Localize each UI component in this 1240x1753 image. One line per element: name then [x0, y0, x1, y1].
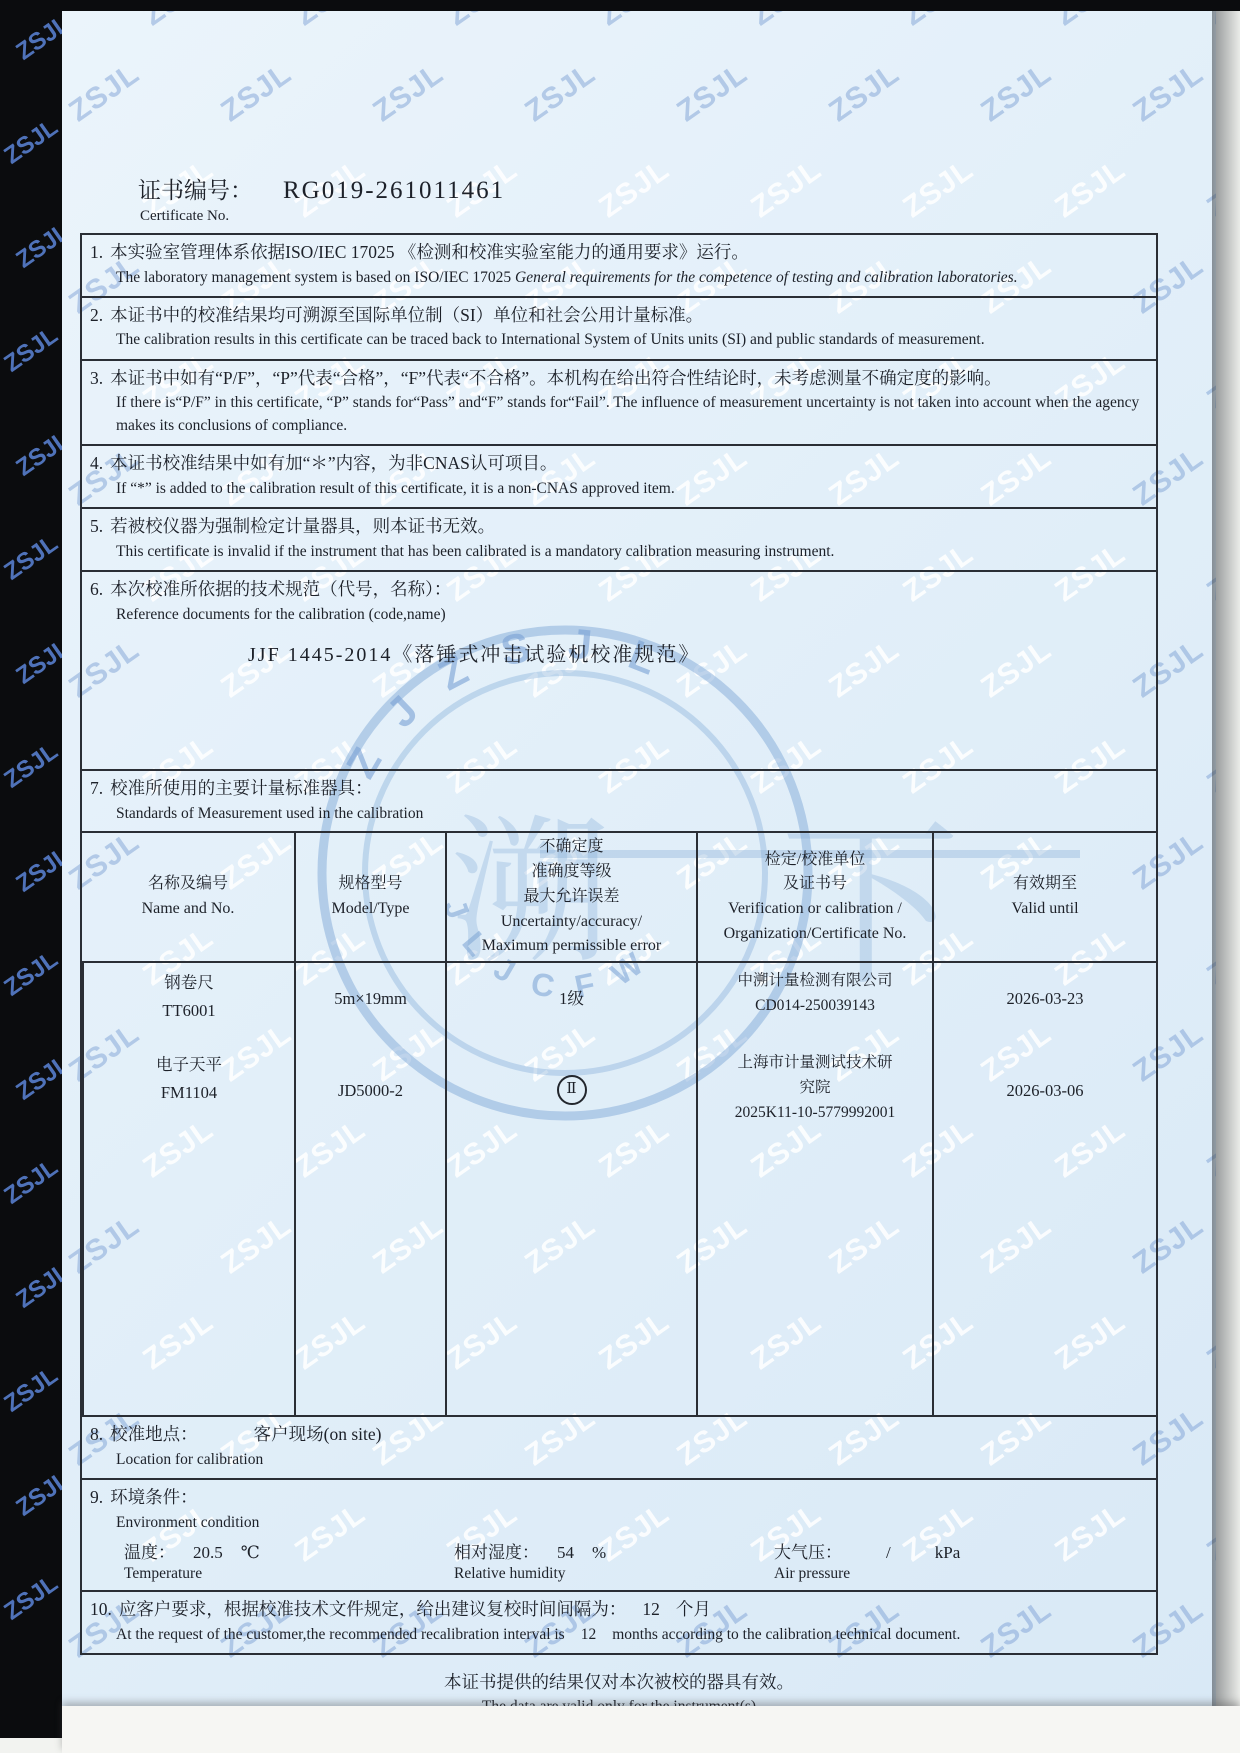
section-title-en: Standards of Measurement used in the cal… [116, 803, 1146, 825]
watermark-tile: ZSJL [0, 946, 62, 1003]
pressure-label-en: Air pressure [774, 1565, 1146, 1583]
column-header-organization: 检定/校准单位 及证书号 Verification or calibration… [696, 833, 932, 963]
header-line: 规格型号 [338, 872, 402, 897]
pressure-group: 大气压：/kPa Air pressure [774, 1538, 1146, 1583]
reference-document: JJF 1445-2014《落锤式冲击试验机校准规范》 [248, 638, 1146, 667]
header-line: Valid until [1011, 897, 1078, 922]
location-value: 客户现场(on site) [254, 1424, 382, 1444]
valid-date: 2026-03-23 [934, 969, 1156, 1013]
certificate-no-label-zh: 证书编号： [138, 178, 253, 203]
cell-valid-until: 2026-03-23 2026-03-06 [932, 963, 1156, 1415]
watermark-tile: ZSJL [11, 634, 62, 691]
grade-value: 1级 [447, 969, 696, 1013]
certificate-content: 证书编号：RG019-261011461 Certificate No. 1.本… [80, 10, 1158, 1707]
watermark-tile: ZSJL [0, 114, 62, 171]
section-title-en: Reference documents for the calibration … [116, 604, 1146, 626]
note-number: 3. [90, 368, 103, 388]
watermark-tile: ZSJL [0, 738, 62, 795]
row1-organization: 中溯计量检测有限公司 CD014-250039143 [698, 969, 932, 1019]
note-text-zh: 若被校仪器为强制检定计量器具，则本证书无效。 [110, 516, 495, 536]
humidity-value: 54 [557, 1543, 574, 1562]
scanned-certificate-page: ZSJLZSJLZSJLZSJLZSJLZSJLZSJLZSJLZSJLZSJL… [0, 0, 1240, 1753]
header-line: 及证书号 [783, 872, 847, 897]
note-number: 1. [90, 242, 103, 262]
note-text-en: The calibration results in this certific… [116, 329, 1146, 351]
header-line: 有效期至 [1013, 872, 1077, 897]
humidity-label: 相对湿度： [454, 1543, 539, 1562]
note-number: 5. [90, 516, 103, 536]
temperature-unit: ℃ [241, 1543, 260, 1562]
watermark-tile: ZSJL [11, 218, 62, 275]
humidity-unit: % [592, 1543, 606, 1562]
note-text-en: If there is“P/F” in this certificate, “P… [116, 392, 1146, 437]
temperature-group: 温度：20.5℃ Temperature [94, 1538, 454, 1583]
note-text-en: This certificate is invalid if the instr… [116, 541, 1146, 563]
paper: ZSJLZSJLZSJLZSJLZSJLZSJLZSJLZSJLZSJLZSJL… [58, 10, 1216, 1707]
note-number: 2. [90, 305, 103, 325]
cell-name: 钢卷尺 TT6001 电子天平 FM1104 [82, 963, 294, 1415]
watermark-tile: ZSJL [11, 1258, 62, 1315]
watermark-tile: ZSJL [0, 322, 62, 379]
header-line: 不确定度 [539, 835, 603, 860]
certificate-no-label-en: Certificate No. [140, 208, 1158, 225]
column-header-valid-until: 有效期至 Valid until [932, 833, 1156, 963]
section-title-zh: 本次校准所依据的技术规范（代号，名称）： [110, 579, 451, 599]
header-line: Verification or calibration / [728, 897, 902, 922]
header-line: 最大允许误差 [523, 885, 619, 910]
watermark-tile: ZSJL [11, 10, 62, 67]
note-number: 4. [90, 453, 103, 473]
certificate-ref: CD014-250039143 [698, 994, 932, 1019]
valid-date: 2026-03-06 [934, 1051, 1156, 1105]
certificate-ref: 2025K11-10-5779992001 [698, 1101, 932, 1126]
validity-note-zh: 本证书提供的结果仅对本次被校的器具有效。 [80, 1669, 1158, 1694]
section-title-zh: 校准所使用的主要计量标准器具： [110, 778, 373, 798]
validity-note: 本证书提供的结果仅对本次被校的器具有效。 The data are valid … [80, 1669, 1158, 1707]
cell-model: 5m×19mm JD5000-2 [294, 963, 445, 1415]
scan-edge-left: ZSJLZSJLZSJLZSJLZSJLZSJLZSJLZSJLZSJLZSJL… [0, 0, 62, 1738]
certificate-header: 证书编号：RG019-261011461 Certificate No. [138, 172, 1158, 225]
section-reference-documents: 6.本次校准所依据的技术规范（代号，名称）： Reference documen… [80, 570, 1158, 771]
pressure-value: / [886, 1543, 891, 1562]
section-number: 8. [90, 1424, 103, 1444]
column-header-uncertainty: 不确定度 准确度等级 最大允许误差 Uncertainty/accuracy/ … [445, 833, 696, 963]
instrument-name: 钢卷尺 [84, 969, 294, 997]
section-location: 8.校准地点：客户现场(on site) Location for calibr… [80, 1415, 1158, 1480]
watermark-tile: ZSJL [0, 1362, 62, 1419]
pressure-label: 大气压： [774, 1543, 842, 1562]
interval-unit: 个月 [676, 1599, 711, 1619]
section-text-en-post: months according to the calibration tech… [612, 1626, 960, 1643]
model-value: 5m×19mm [296, 969, 445, 1013]
model-value: JD5000-2 [296, 1051, 445, 1105]
header-line: Organization/Certificate No. [724, 922, 907, 947]
section-number: 7. [90, 778, 103, 798]
standards-table: 名称及编号 Name and No. 规格型号 Model/Type 不确定度 … [82, 831, 1156, 1415]
column-header-name: 名称及编号 Name and No. [82, 833, 294, 963]
section-number: 6. [90, 579, 103, 599]
header-line: 检定/校准单位 [765, 848, 865, 873]
header-line: Model/Type [332, 897, 410, 922]
column-header-model: 规格型号 Model/Type [294, 833, 445, 963]
scan-edge-bottom [62, 1706, 1240, 1753]
header-line: 准确度等级 [531, 860, 611, 885]
section-measurement-standards: 7.校准所使用的主要计量标准器具： Standards of Measureme… [80, 769, 1158, 1417]
pressure-unit: kPa [935, 1543, 961, 1562]
org-line: 中溯计量检测有限公司 [698, 969, 932, 994]
cell-organization: 中溯计量检测有限公司 CD014-250039143 上海市计量测试技术研 究院… [696, 963, 932, 1415]
header-line: 名称及编号 [148, 872, 228, 897]
header-line: Name and No. [142, 897, 235, 922]
watermark-tile: ZSJL [0, 1154, 62, 1211]
section-title-zh: 环境条件： [110, 1487, 198, 1507]
interval-value-en: 12 [581, 1626, 597, 1643]
note-1: 1.本实验室管理体系依据ISO/IEC 17025 《检测和校准实验室能力的通用… [80, 233, 1158, 298]
instrument-no: TT6001 [84, 997, 294, 1025]
grade-value-circled: Ⅱ [557, 1075, 587, 1105]
row1-name: 钢卷尺 TT6001 [84, 969, 294, 1025]
note-text-zh: 本实验室管理体系依据ISO/IEC 17025 《检测和校准实验室能力的通用要求… [110, 242, 749, 262]
note-4: 4.本证书校准结果中如有加“＊”内容，为非CNAS认可项目。 If “*” is… [80, 444, 1158, 509]
note-3: 3.本证书中如有“P/F”，“P”代表“合格”，“F”代表“不合格”。本机构在给… [80, 359, 1158, 446]
instrument-name: 电子天平 [84, 1051, 294, 1079]
row2-name: 电子天平 FM1104 [84, 1051, 294, 1107]
section-recalibration-interval: 10.应客户要求，根据校准技术文件规定，给出建议复校时间间隔为：12个月 At … [80, 1590, 1158, 1655]
note-text-zh: 本证书中的校准结果均可溯源至国际单位制（SI）单位和社会公用计量标准。 [110, 305, 703, 325]
cell-uncertainty: 1级 Ⅱ [445, 963, 696, 1415]
scan-edge-top [0, 0, 1240, 11]
section-title-zh: 校准地点： [110, 1424, 198, 1444]
humidity-group: 相对湿度：54% Relative humidity [454, 1538, 774, 1583]
humidity-label-en: Relative humidity [454, 1565, 774, 1583]
watermark-tile: ZSJL [11, 1050, 62, 1107]
note-text-en: If “*” is added to the calibration resul… [116, 478, 1146, 500]
watermark-tile: ZSJL [11, 1466, 62, 1523]
note-2: 2.本证书中的校准结果均可溯源至国际单位制（SI）单位和社会公用计量标准。 Th… [80, 296, 1158, 361]
note-text-zh: 本证书校准结果中如有加“＊”内容，为非CNAS认可项目。 [110, 453, 557, 473]
org-line: 究院 [698, 1076, 932, 1101]
watermark-tile: ZSJL [11, 842, 62, 899]
section-environment: 9.环境条件： Environment condition 温度：20.5℃ T… [80, 1478, 1158, 1592]
note-5: 5.若被校仪器为强制检定计量器具，则本证书无效。 This certificat… [80, 507, 1158, 572]
temperature-label: 温度： [124, 1543, 175, 1562]
org-line: 上海市计量测试技术研 [698, 1051, 932, 1076]
watermark-tile: ZSJL [0, 530, 62, 587]
section-title-en: Environment condition [116, 1512, 1146, 1534]
section-number: 10. [90, 1599, 112, 1619]
temperature-value: 20.5 [193, 1543, 223, 1562]
note-text-en-italic: General requirements for the competence … [515, 269, 1018, 286]
certificate-number: RG019-261011461 [283, 177, 505, 204]
note-text-en: The laboratory management system is base… [116, 269, 515, 286]
section-text-en: At the request of the customer,the recom… [116, 1626, 565, 1643]
watermark-tile: ZSJL [0, 1570, 62, 1627]
row2-organization: 上海市计量测试技术研 究院 2025K11-10-5779992001 [698, 1051, 932, 1125]
section-title-en: Location for calibration [116, 1449, 1146, 1471]
instrument-no: FM1104 [84, 1079, 294, 1107]
section-text-zh: 应客户要求，根据校准技术文件规定，给出建议复校时间间隔为： [119, 1599, 627, 1619]
temperature-label-en: Temperature [124, 1565, 454, 1583]
interval-value: 12 [642, 1599, 660, 1619]
section-number: 9. [90, 1487, 103, 1507]
header-line: Uncertainty/accuracy/ [501, 910, 642, 935]
header-line: Maximum permissible error [482, 934, 662, 959]
watermark-tile: ZSJL [11, 426, 62, 483]
note-text-zh: 本证书中如有“P/F”，“P”代表“合格”，“F”代表“不合格”。本机构在给出符… [110, 368, 1001, 388]
scan-edge-right [1212, 0, 1240, 1714]
environment-values: 温度：20.5℃ Temperature 相对湿度：54% Relative h… [94, 1538, 1146, 1583]
